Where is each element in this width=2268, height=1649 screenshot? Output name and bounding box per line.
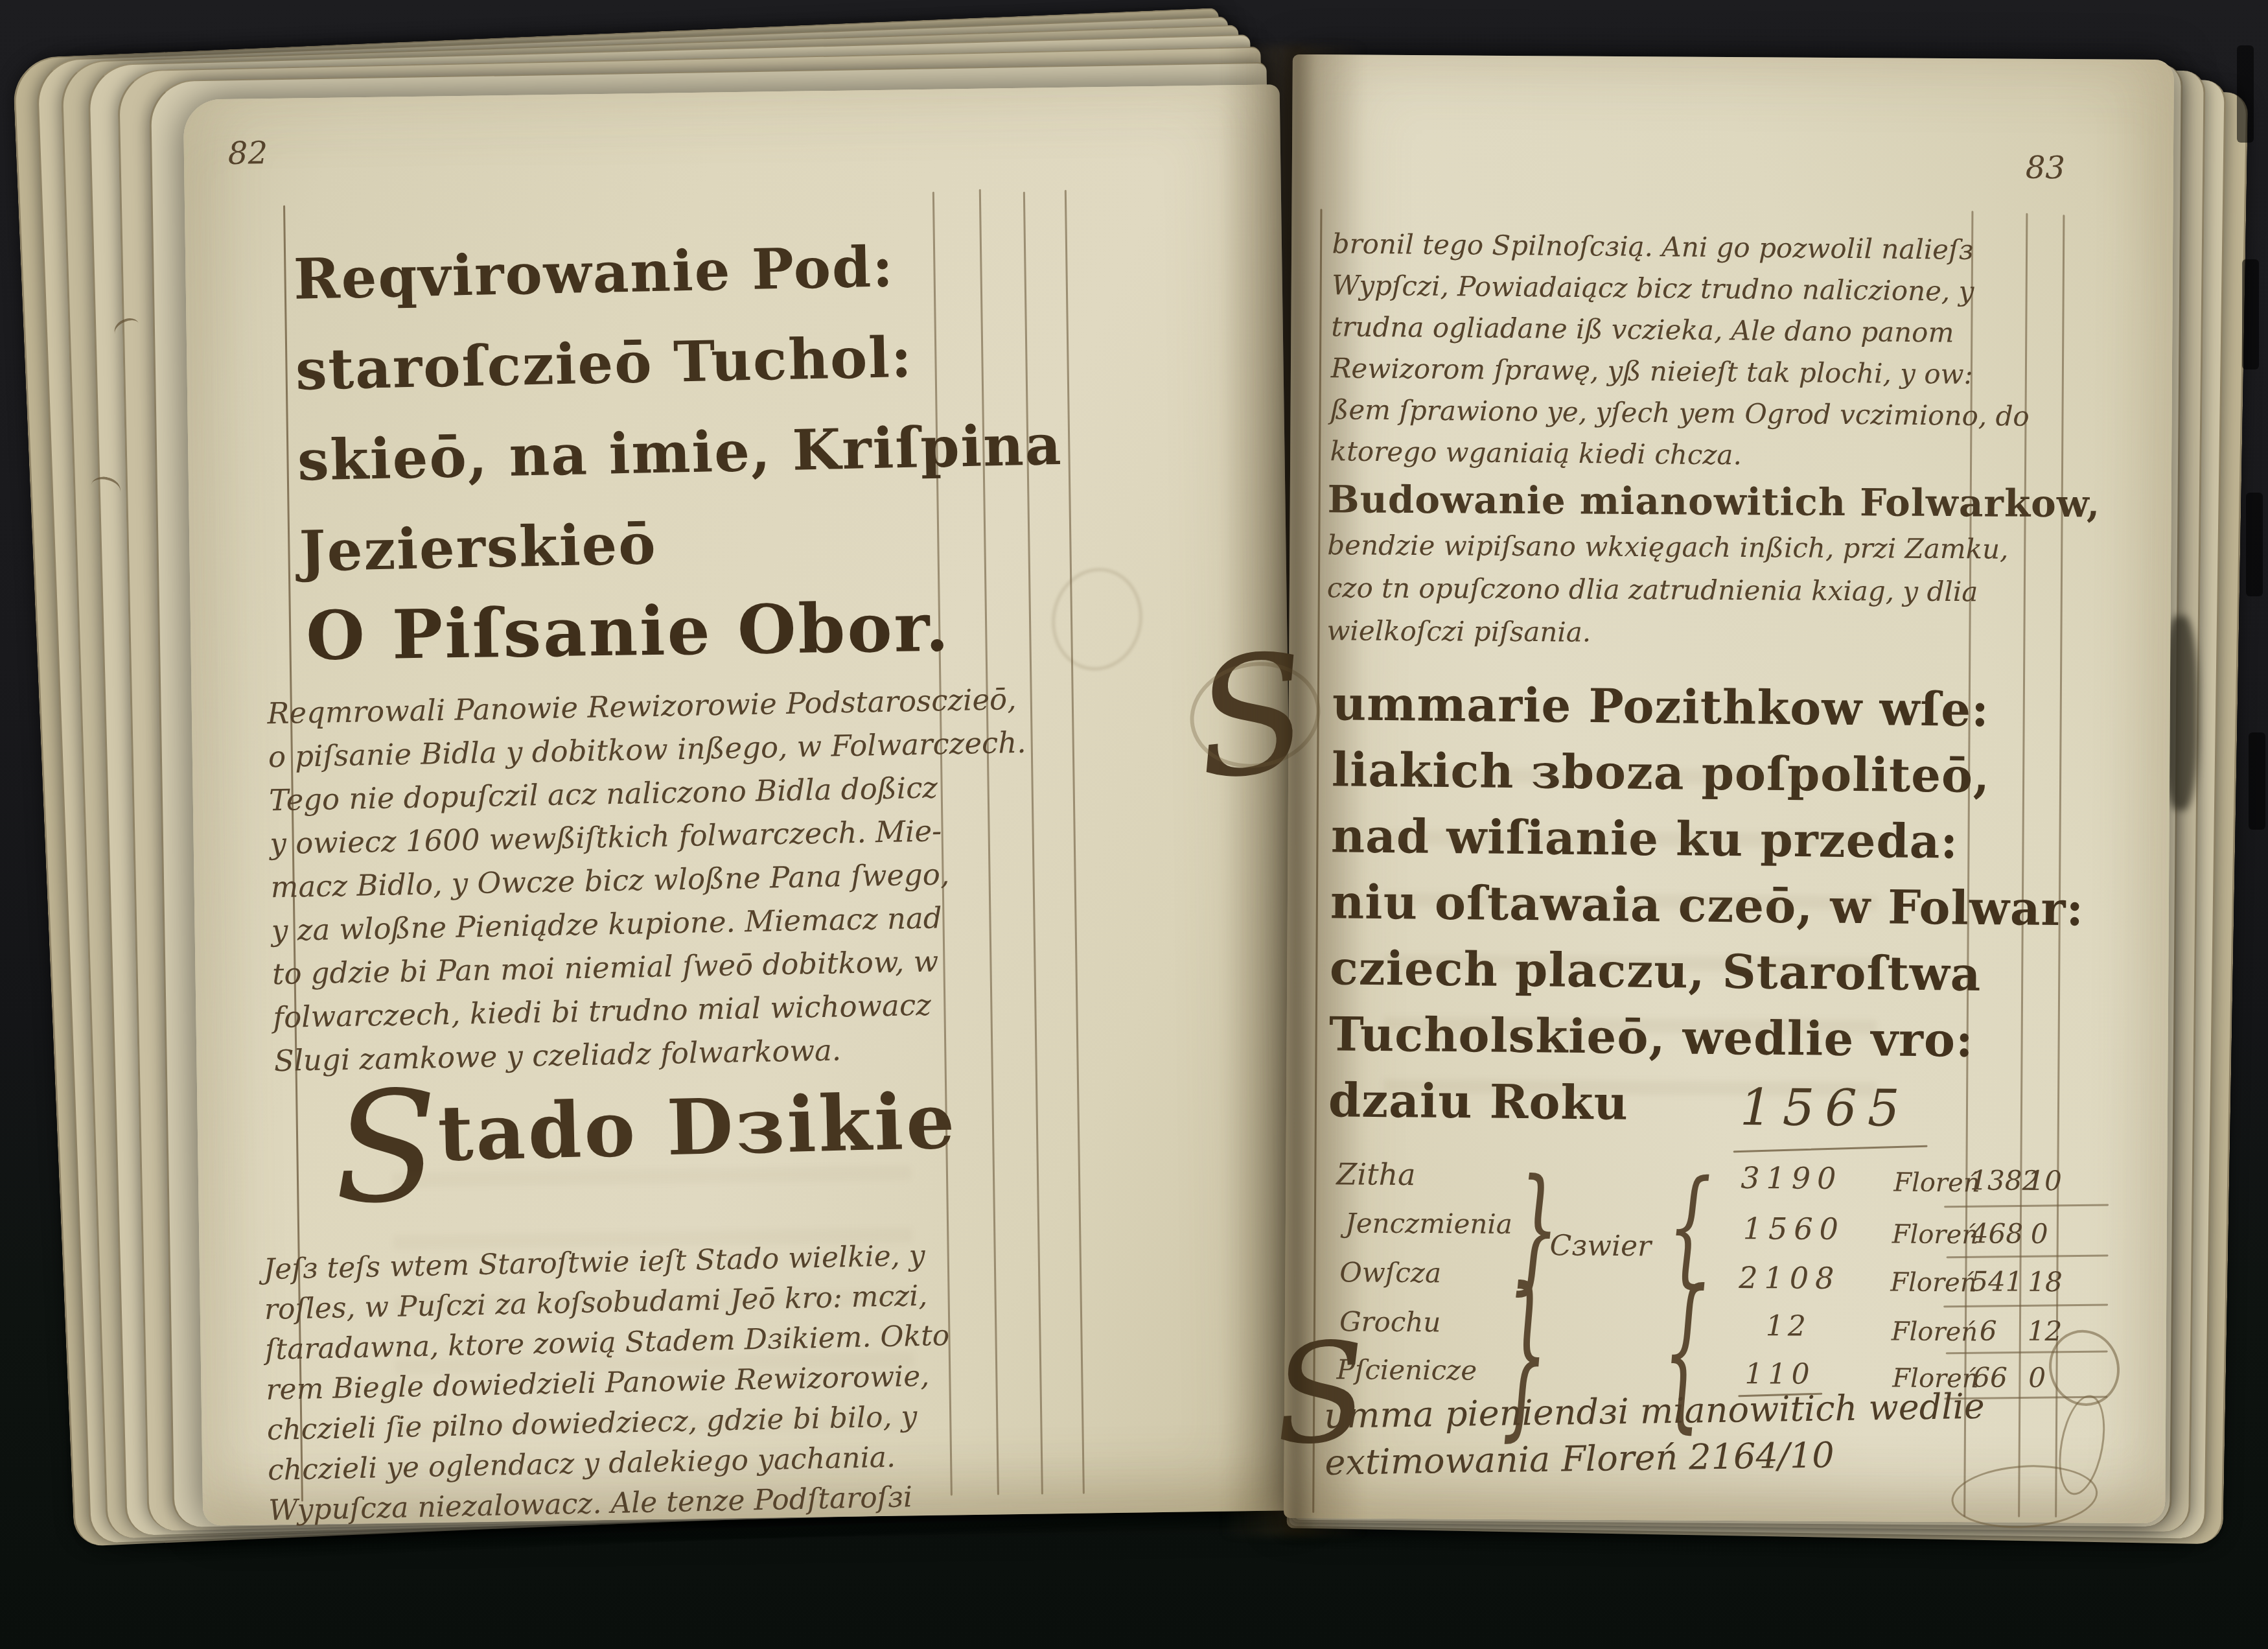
summa-line: extimowania Floreń 2164/10 <box>1325 1430 1985 1486</box>
underline <box>1733 1145 1928 1153</box>
table-item: Owſcza <box>1339 1256 1441 1289</box>
body-line: Rewizorom ſprawę, yß nieieſt tak plochi,… <box>1331 347 2030 395</box>
heading-line: Jezierskieō <box>298 491 1065 598</box>
photograph-of-open-manuscript-book: 82 Reqvirowanie Pod: staroſczieō Tuchol:… <box>0 0 2268 1649</box>
summa-line: umma pieniendзi mianowitich wedlie <box>1324 1383 1985 1440</box>
currency-label: Floreń <box>1892 1317 1978 1348</box>
body-line: ßem ſprawiono ye, yſech yem Ogrod vczimi… <box>1330 389 2030 437</box>
heading-line: ummarie Pozithkow wſe: <box>1332 670 2086 743</box>
unit-label: Cзwier <box>1550 1229 1652 1263</box>
heading-line: liakich зboza poſpoliteō, <box>1331 736 2085 810</box>
amount-floren: 541 <box>1971 1265 2022 1297</box>
page-number: 83 <box>2026 150 2065 186</box>
table-qty: 1560 <box>1743 1211 1845 1246</box>
table-qty: 12 <box>1766 1309 1810 1342</box>
table-item: Zitha <box>1336 1156 1416 1192</box>
currency-label: Floreń <box>1893 1168 1980 1199</box>
amount-floren: 468 <box>1971 1217 2023 1249</box>
heading-line: Tucholskieō, wedlie vro: <box>1328 1001 2083 1074</box>
manuscript-page-82: 82 Reqvirowanie Pod: staroſczieō Tuchol:… <box>183 84 1300 1525</box>
subheading: O Piſsanie Obor. <box>305 587 951 675</box>
amount-grosz: 10 <box>2027 1165 2062 1197</box>
page-number: 82 <box>227 135 268 172</box>
binding-slot <box>2237 45 2254 143</box>
table-item: Jenczmienia <box>1345 1207 1512 1240</box>
heading-line: dzaiu Roku <box>1328 1067 2083 1140</box>
body-line: ktorego wganiaią kiedi chcza. <box>1330 430 2029 478</box>
table-qty: 2108 <box>1739 1260 1840 1296</box>
section-heading: tado Dзikie <box>437 1075 958 1178</box>
heading-line: skieō, na imie, Kriſpina <box>297 400 1063 507</box>
heading-line: Reqvirowanie Pod: <box>293 218 1059 325</box>
heading-line: nad wiſianie ku przeda: <box>1330 802 2085 876</box>
year-value: 1565 <box>1740 1079 1910 1138</box>
body-line: Wypſczi, Powiadaiącz bicz trudno naliczi… <box>1332 264 2031 312</box>
heading-line: cziech placzu, Staroſtwa <box>1329 935 2083 1008</box>
sub-section-heading: Budowanie mianowitich Folwarkow, <box>1327 474 2100 528</box>
binding-slot <box>2246 493 2263 596</box>
amount-grosz: 0 <box>2031 1218 2048 1250</box>
body-line: bronil tego Spilnoſcзią. Ani go pozwolil… <box>1332 223 2031 271</box>
row-rule <box>1947 1254 2109 1258</box>
ornamental-initial: S <box>1269 1311 1373 1476</box>
heading-line: staroſczieō Tuchol: <box>295 309 1061 416</box>
manuscript-page-83: 83 bronil tego Spilnoſcзią. Ani go pozwo… <box>1284 54 2174 1523</box>
amount-floren: 6 <box>1980 1315 1997 1346</box>
ornamental-initial: S <box>332 1058 441 1238</box>
currency-label: Floreń <box>1890 1268 1976 1298</box>
binding-slot <box>2249 732 2265 830</box>
body-line: czo tn opuſczono dlia zatrudnienia kxiag… <box>1327 567 2100 614</box>
table-qty: 3190 <box>1741 1160 1842 1196</box>
heading-line: niu oſtawaia czeō, w Folwar: <box>1330 869 2084 942</box>
body-line: bendzie wipiſsano wkxięgach inßich, przi… <box>1327 524 2100 571</box>
body-line: trudna ogliadane iß vczieka, Ale dano pa… <box>1331 306 2030 354</box>
body-line: wielkoſczi piſsania. <box>1326 609 2100 657</box>
currency-label: Floreń <box>1892 1220 1978 1250</box>
row-rule <box>1944 1204 2109 1208</box>
amount-grosz: 18 <box>2028 1266 2063 1298</box>
amount-grosz: 0 <box>2028 1362 2046 1394</box>
binding-slot <box>2242 259 2259 369</box>
column-rule <box>1065 190 1085 1494</box>
row-rule <box>1943 1304 2108 1307</box>
